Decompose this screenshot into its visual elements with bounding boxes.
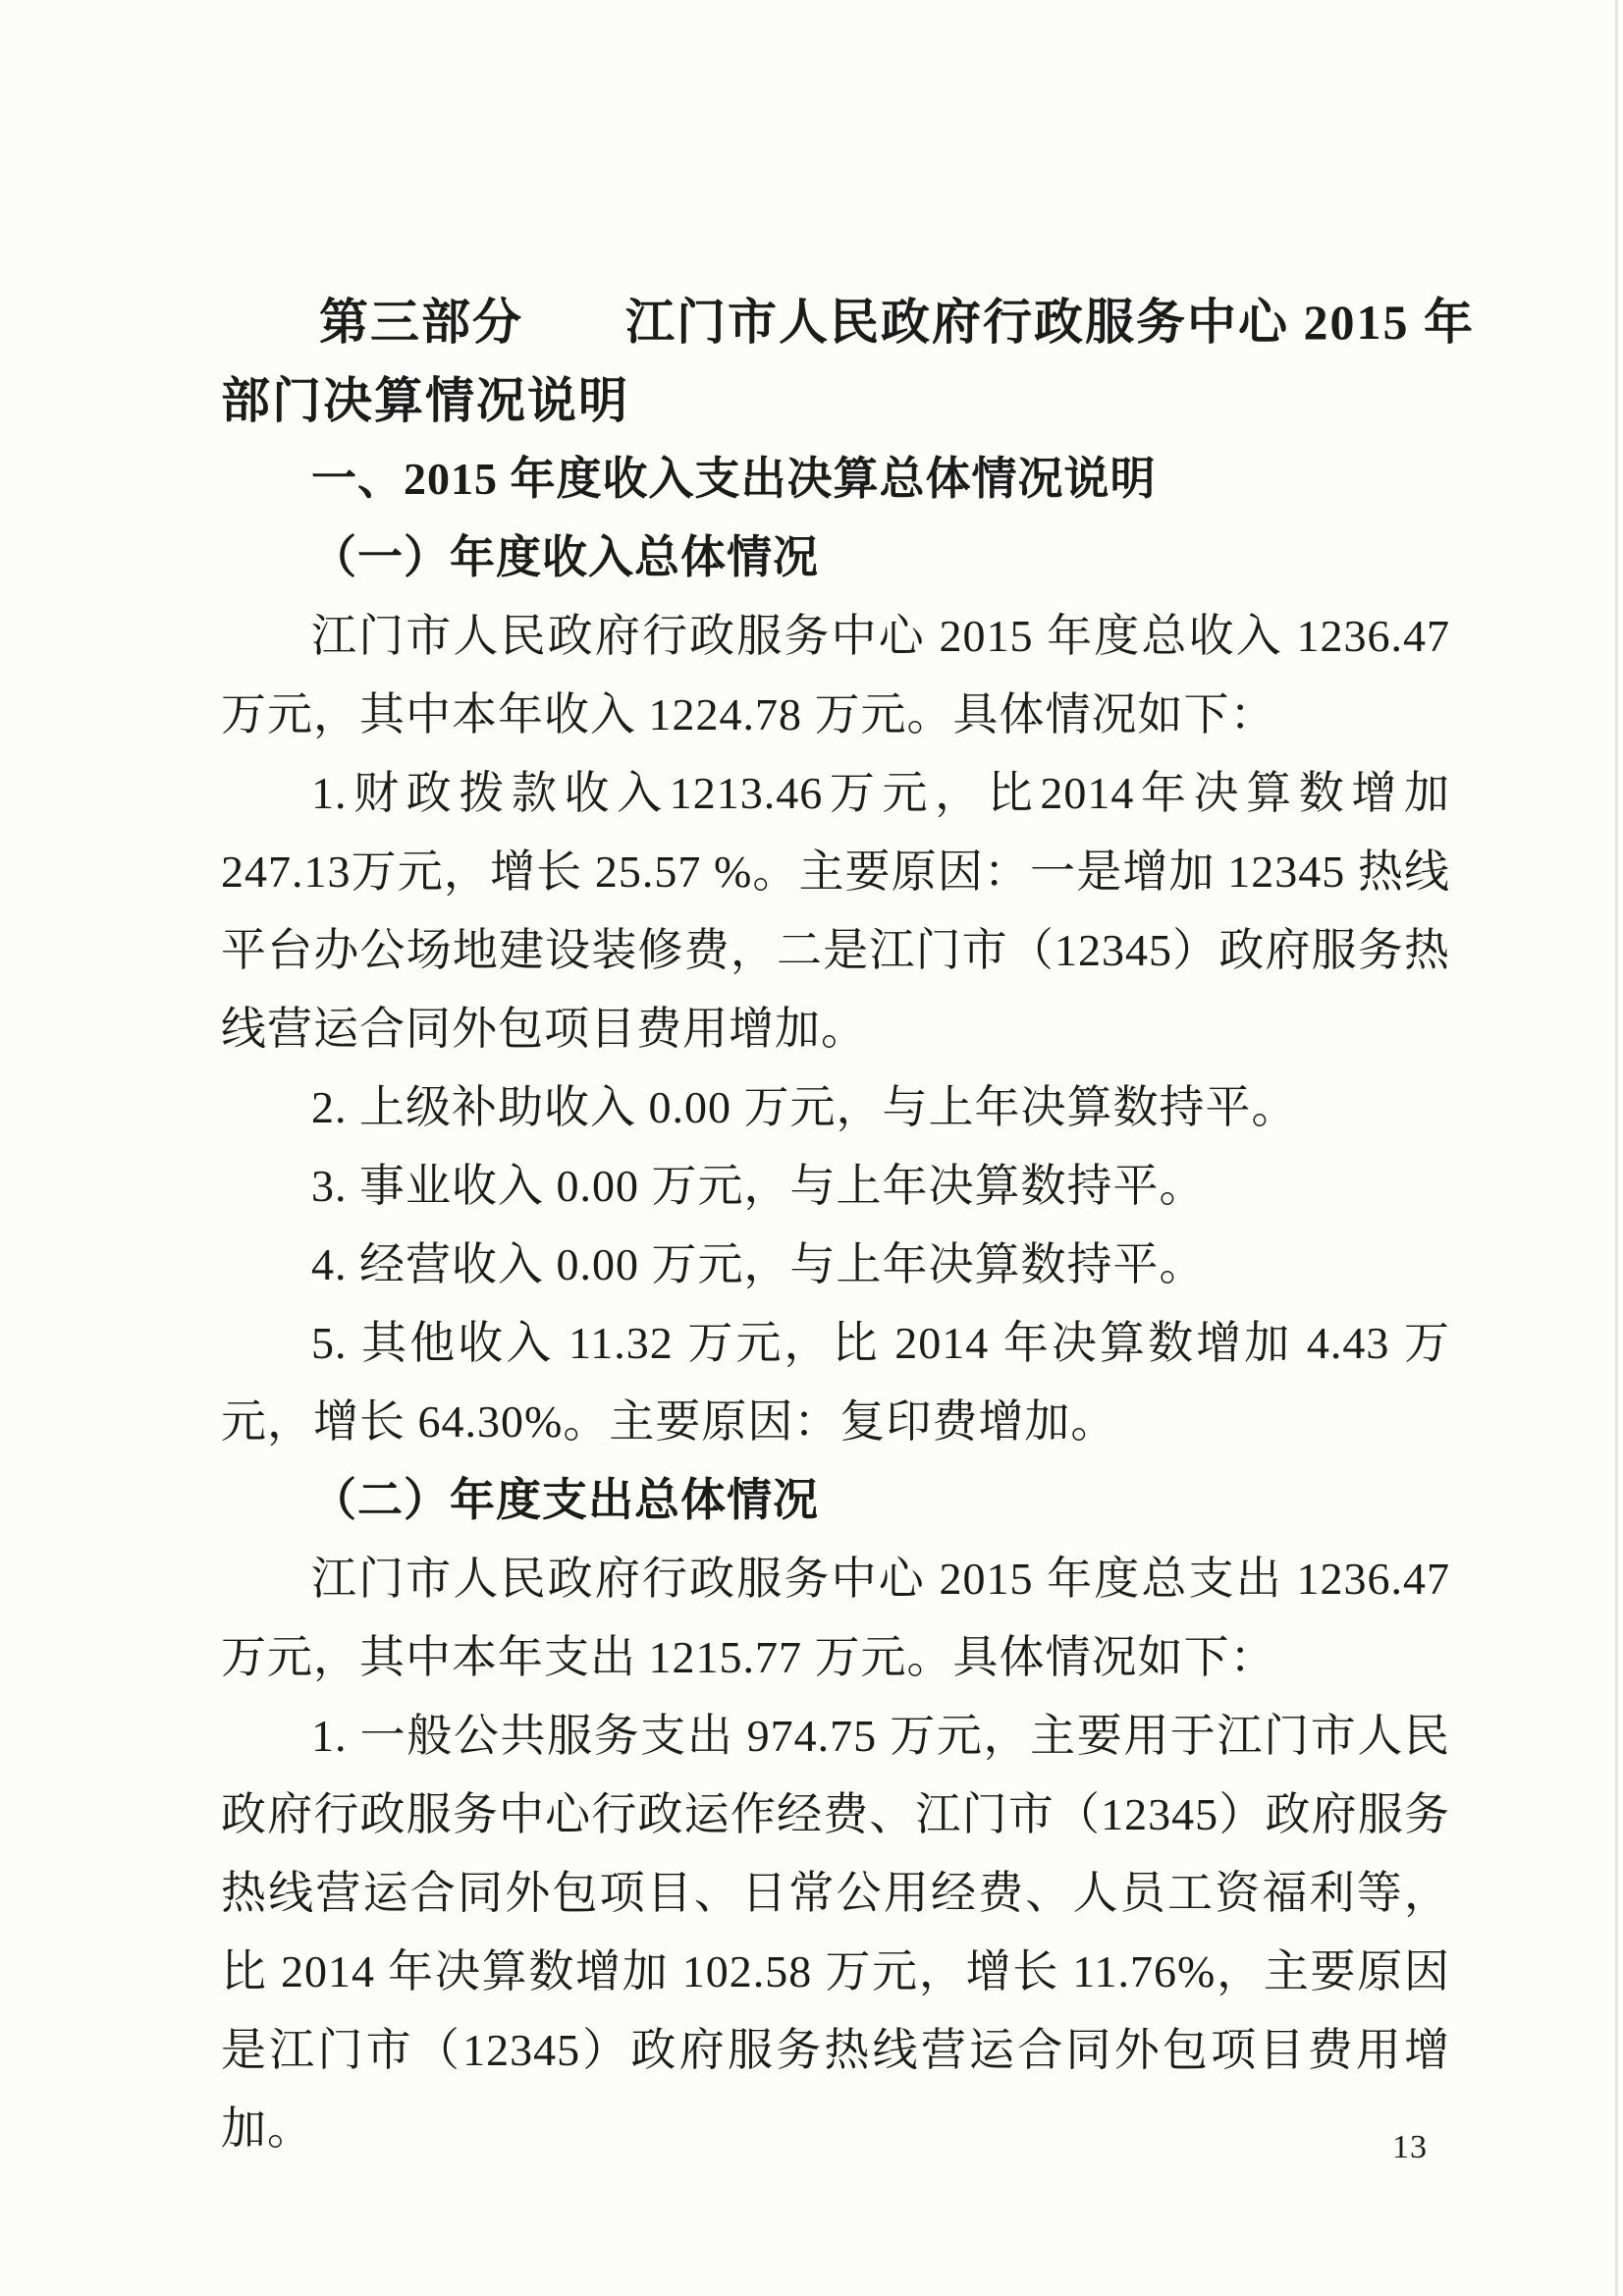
subsection-heading-income: （一）年度收入总体情况 [221, 519, 1450, 597]
paragraph-income-item2: 2. 上级补助收入 0.00 万元，与上年决算数持平。 [221, 1068, 1450, 1147]
subsection-heading-expense: （二）年度支出总体情况 [221, 1461, 1450, 1540]
page-number: 13 [1392, 2129, 1428, 2166]
paragraph-expense-item1: 1. 一般公共服务支出 974.75 万元，主要用于江门市人民政府行政服务中心行… [221, 1697, 1450, 2168]
document-title: 第三部分 江门市人民政府行政服务中心 2015 年 部门决算情况说明 [221, 283, 1450, 440]
paragraph-income-item3: 3. 事业收入 0.00 万元，与上年决算数持平。 [221, 1147, 1450, 1226]
document-title-line1: 第三部分 江门市人民政府行政服务中心 2015 年 [221, 283, 1450, 361]
paragraph-income-item4: 4. 经营收入 0.00 万元，与上年决算数持平。 [221, 1226, 1450, 1304]
document-title-line2: 部门决算情况说明 [221, 361, 1450, 440]
paragraph-income-total: 江门市人民政府行政服务中心 2015 年度总收入 1236.47 万元，其中本年… [221, 597, 1450, 754]
paragraph-expense-total: 江门市人民政府行政服务中心 2015 年度总支出 1236.47 万元，其中本年… [221, 1540, 1450, 1697]
document-body: 第三部分 江门市人民政府行政服务中心 2015 年 部门决算情况说明 一、201… [221, 283, 1450, 2168]
paragraph-income-item1: 1.财政拨款收入1213.46万元，比2014年决算数增加247.13万元，增长… [221, 754, 1450, 1068]
paragraph-income-item5: 5. 其他收入 11.32 万元，比 2014 年决算数增加 4.43 万元，增… [221, 1304, 1450, 1461]
section-heading-overview: 一、2015 年度收入支出决算总体情况说明 [221, 440, 1450, 519]
scanned-document-page: 第三部分 江门市人民政府行政服务中心 2015 年 部门决算情况说明 一、201… [0, 0, 1623, 2296]
scan-edge-line [1615, 0, 1618, 2296]
